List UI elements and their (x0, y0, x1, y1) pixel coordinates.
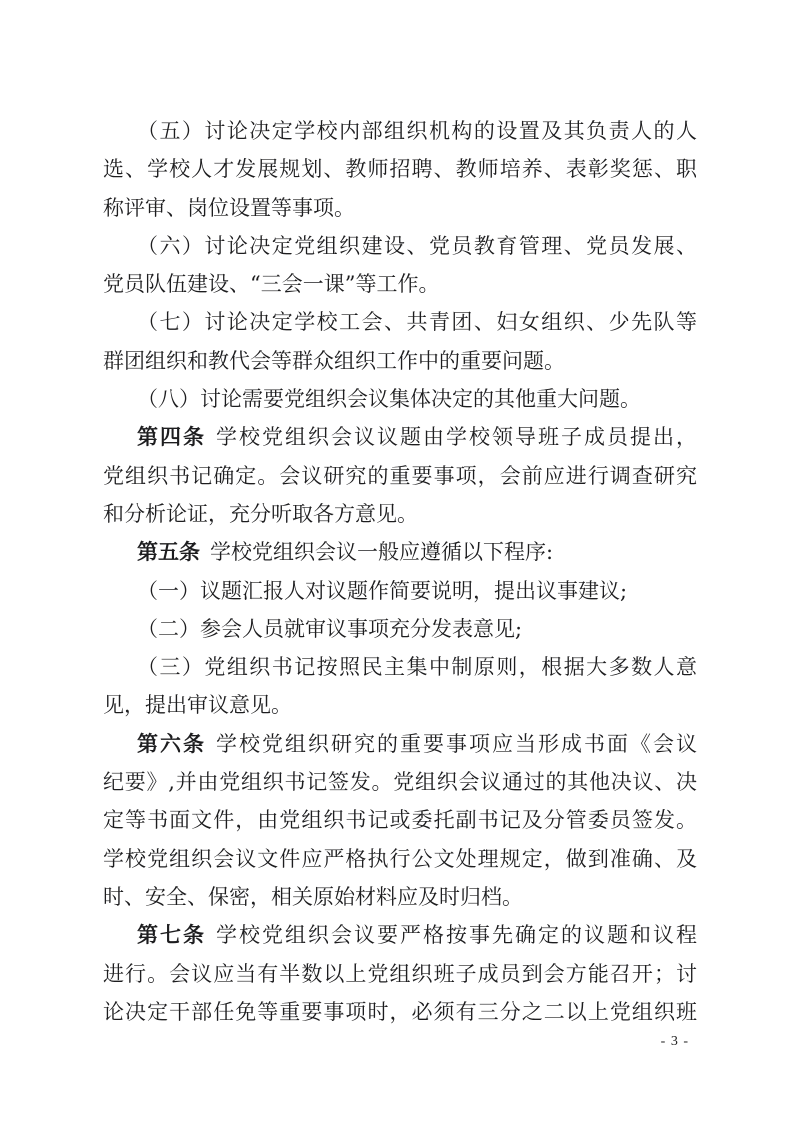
text-line: （六）讨论决定党组织建设、党员教育管理、党员发展、 (103, 227, 697, 265)
text-line: 进行。会议应当有半数以上党组织班子成员到会方能召开；讨 (103, 955, 697, 993)
paragraph: （二）参会人员就审议事项充分发表意见; (103, 610, 697, 648)
paragraph: （八）讨论需要党组织会议集体决定的其他重大问题。 (103, 380, 697, 418)
text-line: 学校党组织会议文件应严格执行公文处理规定，做到准确、及 (103, 840, 697, 878)
text-line: 论决定干部任免等重要事项时，必须有三分之二以上党组织班 (103, 993, 697, 1031)
paragraph: （五）讨论决定学校内部组织机构的设置及其负责人的人选、学校人才发展规划、教师招聘… (103, 112, 697, 227)
document-body: （五）讨论决定学校内部组织机构的设置及其负责人的人选、学校人才发展规划、教师招聘… (103, 112, 697, 1031)
text-line: 第四条学校党组织会议议题由学校领导班子成员提出， (103, 418, 697, 456)
document-page: （五）讨论决定学校内部组织机构的设置及其负责人的人选、学校人才发展规划、教师招聘… (0, 0, 793, 1122)
paragraph: （一）议题汇报人对议题作简要说明，提出议事建议; (103, 572, 697, 610)
text-line: 纪要》,并由党组织书记签发。党组织会议通过的其他决议、决 (103, 763, 697, 801)
page-number: - 3 - (661, 1034, 689, 1050)
article-number: 第五条 (137, 540, 200, 564)
text-line: （七）讨论决定学校工会、共青团、妇女组织、少先队等 (103, 303, 697, 341)
article-number: 第六条 (137, 732, 206, 756)
paragraph: 第六条学校党组织研究的重要事项应当形成书面《会议纪要》,并由党组织书记签发。党组… (103, 725, 697, 916)
text-line: （八）讨论需要党组织会议集体决定的其他重大问题。 (103, 380, 697, 418)
text-line: 第六条学校党组织研究的重要事项应当形成书面《会议 (103, 725, 697, 763)
paragraph: （六）讨论决定党组织建设、党员教育管理、党员发展、党员队伍建设、“三会一课”等工… (103, 227, 697, 304)
article-text: 学校党组织会议要严格按事先确定的议题和议程 (216, 923, 697, 947)
paragraph: 第四条学校党组织会议议题由学校领导班子成员提出，党组织书记确定。会议研究的重要事… (103, 418, 697, 533)
text-line: 群团组织和教代会等群众组织工作中的重要问题。 (103, 342, 697, 380)
paragraph: 第七条学校党组织会议要严格按事先确定的议题和议程进行。会议应当有半数以上党组织班… (103, 916, 697, 1031)
paragraph: 第五条学校党组织会议一般应遵循以下程序: (103, 533, 697, 571)
text-line: 第七条学校党组织会议要严格按事先确定的议题和议程 (103, 916, 697, 954)
text-line: （五）讨论决定学校内部组织机构的设置及其负责人的人 (103, 112, 697, 150)
article-text: 学校党组织会议议题由学校领导班子成员提出， (216, 425, 697, 449)
text-line: 党员队伍建设、“三会一课”等工作。 (103, 265, 697, 303)
text-line: 时、安全、保密，相关原始材料应及时归档。 (103, 878, 697, 916)
article-number: 第四条 (137, 425, 206, 449)
article-number: 第七条 (137, 923, 206, 947)
text-line: 第五条学校党组织会议一般应遵循以下程序: (103, 533, 697, 571)
text-line: 见，提出审议意见。 (103, 686, 697, 724)
text-line: 党组织书记确定。会议研究的重要事项，会前应进行调查研究 (103, 457, 697, 495)
article-text: 学校党组织研究的重要事项应当形成书面《会议 (216, 732, 697, 756)
paragraph: （三）党组织书记按照民主集中制原则，根据大多数人意见，提出审议意见。 (103, 648, 697, 725)
text-line: 定等书面文件，由党组织书记或委托副书记及分管委员签发。 (103, 801, 697, 839)
text-line: 选、学校人才发展规划、教师招聘、教师培养、表彰奖惩、职 (103, 150, 697, 188)
article-text: 学校党组织会议一般应遵循以下程序: (210, 540, 553, 564)
text-line: （三）党组织书记按照民主集中制原则，根据大多数人意 (103, 648, 697, 686)
text-line: 和分析论证，充分听取各方意见。 (103, 495, 697, 533)
text-line: （二）参会人员就审议事项充分发表意见; (103, 610, 697, 648)
text-line: 称评审、岗位设置等事项。 (103, 189, 697, 227)
text-line: （一）议题汇报人对议题作简要说明，提出议事建议; (103, 572, 697, 610)
paragraph: （七）讨论决定学校工会、共青团、妇女组织、少先队等群团组织和教代会等群众组织工作… (103, 303, 697, 380)
